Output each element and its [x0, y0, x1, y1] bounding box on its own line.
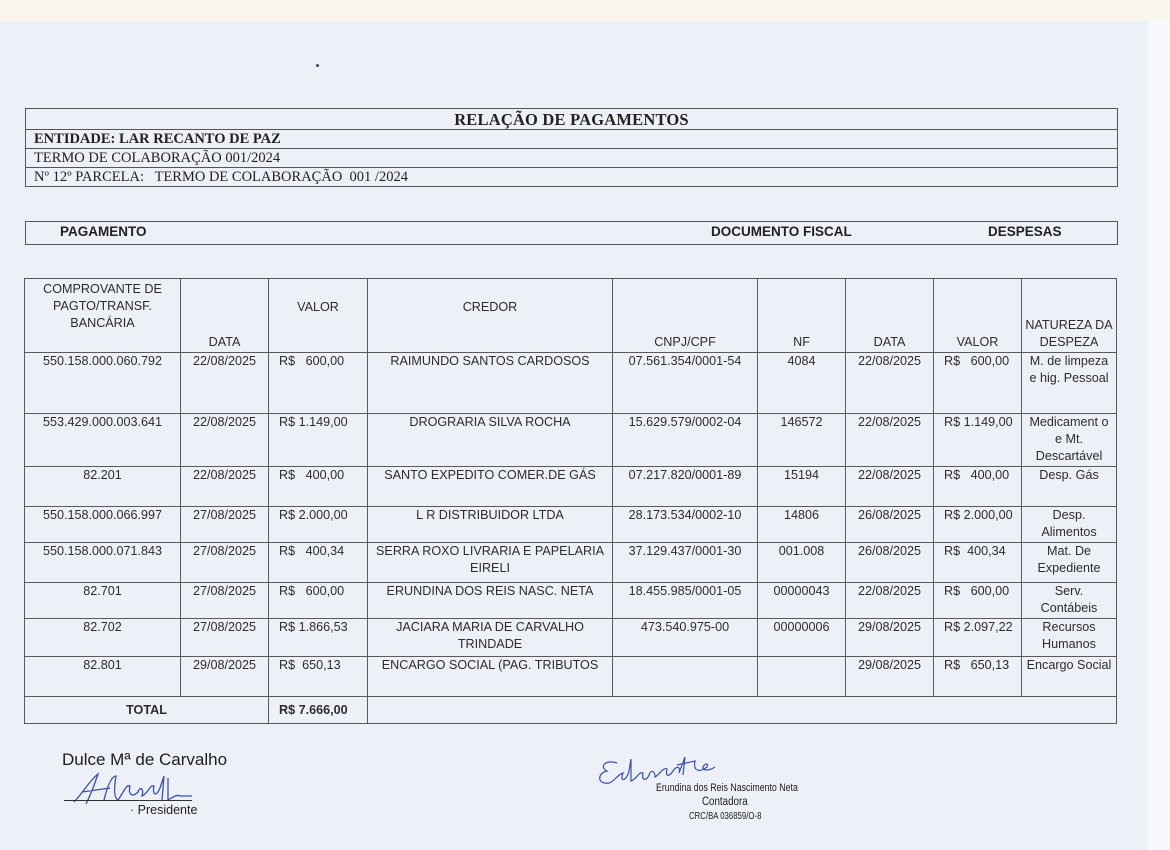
cell-data-nf: 26/08/2025: [846, 543, 934, 583]
cell-comprovante: 550.158.000.071.843: [25, 543, 181, 583]
cell-data-nf: 29/08/2025: [846, 657, 934, 697]
cell-valor-nf: R$ 2.000,00: [934, 507, 1022, 543]
section-pagamento: PAGAMENTO: [60, 224, 147, 239]
cell-valor: R$ 1.866,53: [269, 619, 368, 657]
cell-cnpj: 15.629.579/0002-04: [613, 414, 758, 467]
cell-natureza: Recursos Humanos: [1022, 619, 1117, 657]
cell-data: 27/08/2025: [181, 619, 269, 657]
cell-credor: SERRA ROXO LIVRARIA E PAPELARIA EIRELI: [368, 543, 613, 583]
cell-valor: R$ 650,13: [269, 657, 368, 697]
signature-president: Dulce Mª de Carvalho · Presidente: [62, 750, 282, 770]
installment-line: Nº 12º PARCELA: TERMO DE COLABORAÇÃO 001…: [26, 167, 1117, 186]
payments-table: COMPROVANTE DE PAGTO/TRANSF. BANCÁRIA DA…: [24, 278, 1117, 724]
table-row: 550.158.000.071.84327/08/2025R$ 400,34SE…: [25, 543, 1117, 583]
cell-valor-nf: R$ 400,34: [934, 543, 1022, 583]
col-comprovante: COMPROVANTE DE PAGTO/TRANSF. BANCÁRIA: [25, 279, 181, 353]
cell-valor-nf: R$ 1.149,00: [934, 414, 1022, 467]
cell-cnpj: 37.129.437/0001-30: [613, 543, 758, 583]
total-filler: [368, 697, 1117, 724]
cell-data: 27/08/2025: [181, 543, 269, 583]
cell-cnpj: [613, 657, 758, 697]
cell-data-nf: 29/08/2025: [846, 619, 934, 657]
cell-data-nf: 22/08/2025: [846, 353, 934, 414]
cell-cnpj: 473.540.975-00: [613, 619, 758, 657]
cell-nf: 00000006: [758, 619, 846, 657]
cell-natureza: Desp. Gás: [1022, 467, 1117, 507]
cell-nf: 001.008: [758, 543, 846, 583]
cell-valor-nf: R$ 400,00: [934, 467, 1022, 507]
col-credor: CREDOR: [368, 279, 613, 353]
accountant-name: Erundina dos Reis Nascimento Neta: [656, 782, 798, 794]
cell-credor: ERUNDINA DOS REIS NASC. NETA: [368, 583, 613, 619]
cell-data: 22/08/2025: [181, 414, 269, 467]
cell-valor: R$ 400,34: [269, 543, 368, 583]
document-title: RELAÇÃO DE PAGAMENTOS: [26, 109, 1117, 129]
cell-valor-nf: R$ 650,13: [934, 657, 1022, 697]
cell-data: 27/08/2025: [181, 583, 269, 619]
col-natureza: NATUREZA DA DESPEZA: [1022, 279, 1117, 353]
cell-valor-nf: R$ 600,00: [934, 353, 1022, 414]
cell-data: 22/08/2025: [181, 467, 269, 507]
table-row: 553.429.000.003.64122/08/2025R$ 1.149,00…: [25, 414, 1117, 467]
table-row: 550.158.000.066.99727/08/2025R$ 2.000,00…: [25, 507, 1117, 543]
cell-natureza: Medicament o e Mt. Descartável: [1022, 414, 1117, 467]
cell-comprovante: 82.701: [25, 583, 181, 619]
cell-data-nf: 26/08/2025: [846, 507, 934, 543]
col-data: DATA: [181, 279, 269, 353]
col-cnpj: CNPJ/CPF: [613, 279, 758, 353]
cell-valor: R$ 400,00: [269, 467, 368, 507]
entity-name: ENTIDADE: LAR RECANTO DE PAZ: [26, 129, 1117, 148]
cell-comprovante: 82.801: [25, 657, 181, 697]
cell-nf: 00000043: [758, 583, 846, 619]
cell-data-nf: 22/08/2025: [846, 583, 934, 619]
cell-valor: R$ 1.149,00: [269, 414, 368, 467]
col-valor-nf: VALOR: [934, 279, 1022, 353]
table-row: 82.70227/08/2025R$ 1.866,53JACIARA MARIA…: [25, 619, 1117, 657]
cell-data: 27/08/2025: [181, 507, 269, 543]
cell-comprovante: 82.702: [25, 619, 181, 657]
cell-valor: R$ 600,00: [269, 353, 368, 414]
page-edge: [1148, 21, 1170, 850]
cell-comprovante: 550.158.000.060.792: [25, 353, 181, 414]
cell-cnpj: 07.561.354/0001-54: [613, 353, 758, 414]
cell-comprovante: 553.429.000.003.641: [25, 414, 181, 467]
cell-cnpj: 18.455.985/0001-05: [613, 583, 758, 619]
cell-natureza: Mat. De Expediente: [1022, 543, 1117, 583]
president-name: Dulce Mª de Carvalho: [62, 750, 282, 770]
cell-natureza: Encargo Social: [1022, 657, 1117, 697]
total-value: R$ 7.666,00: [269, 697, 368, 724]
cell-data: 22/08/2025: [181, 353, 269, 414]
total-label: TOTAL: [25, 697, 269, 724]
cell-nf: 15194: [758, 467, 846, 507]
section-band: PAGAMENTO DOCUMENTO FISCAL DESPESAS: [25, 221, 1118, 245]
table-row: 82.20122/08/2025R$ 400,00SANTO EXPEDITO …: [25, 467, 1117, 507]
cell-nf: 4084: [758, 353, 846, 414]
cell-credor: ENCARGO SOCIAL (PAG. TRIBUTOS: [368, 657, 613, 697]
col-valor: VALOR: [269, 279, 368, 353]
cell-data: 29/08/2025: [181, 657, 269, 697]
cell-credor: SANTO EXPEDITO COMER.DE GÁS: [368, 467, 613, 507]
cell-valor-nf: R$ 600,00: [934, 583, 1022, 619]
scan-speck: [316, 64, 319, 67]
cell-valor: R$ 600,00: [269, 583, 368, 619]
cell-comprovante: 82.201: [25, 467, 181, 507]
total-row: TOTAL R$ 7.666,00: [25, 697, 1117, 724]
cell-comprovante: 550.158.000.066.997: [25, 507, 181, 543]
cell-valor: R$ 2.000,00: [269, 507, 368, 543]
president-role: · Presidente: [130, 803, 197, 817]
signature-line: [64, 800, 192, 801]
col-nf: NF: [758, 279, 846, 353]
cell-natureza: M. de limpeza e hig. Pessoal: [1022, 353, 1117, 414]
table-row: 550.158.000.060.79222/08/2025R$ 600,00RA…: [25, 353, 1117, 414]
cell-nf: 14806: [758, 507, 846, 543]
cell-credor: JACIARA MARIA DE CARVALHO TRINDADE: [368, 619, 613, 657]
accountant-registration: CRC/BA 036859/O-8: [689, 811, 761, 822]
cell-cnpj: 07.217.820/0001-89: [613, 467, 758, 507]
cell-natureza: Serv. Contábeis: [1022, 583, 1117, 619]
cell-nf: [758, 657, 846, 697]
cell-credor: RAIMUNDO SANTOS CARDOSOS: [368, 353, 613, 414]
cell-data-nf: 22/08/2025: [846, 467, 934, 507]
cell-cnpj: 28.173.534/0002-10: [613, 507, 758, 543]
accountant-role: Contadora: [702, 796, 748, 808]
cell-data-nf: 22/08/2025: [846, 414, 934, 467]
table-header-row: COMPROVANTE DE PAGTO/TRANSF. BANCÁRIA DA…: [25, 279, 1117, 353]
section-despesas: DESPESAS: [988, 224, 1062, 239]
section-documento-fiscal: DOCUMENTO FISCAL: [711, 224, 852, 239]
document-header: RELAÇÃO DE PAGAMENTOS ENTIDADE: LAR RECA…: [25, 108, 1118, 187]
col-data-nf: DATA: [846, 279, 934, 353]
cell-credor: L R DISTRIBUIDOR LTDA: [368, 507, 613, 543]
table-row: 82.80129/08/2025R$ 650,13ENCARGO SOCIAL …: [25, 657, 1117, 697]
cell-nf: 146572: [758, 414, 846, 467]
cell-valor-nf: R$ 2.097,22: [934, 619, 1022, 657]
collaboration-term: TERMO DE COLABORAÇÃO 001/2024: [26, 148, 1117, 167]
cell-natureza: Desp. Alimentos: [1022, 507, 1117, 543]
cell-credor: DROGRARIA SILVA ROCHA: [368, 414, 613, 467]
table-row: 82.70127/08/2025R$ 600,00ERUNDINA DOS RE…: [25, 583, 1117, 619]
